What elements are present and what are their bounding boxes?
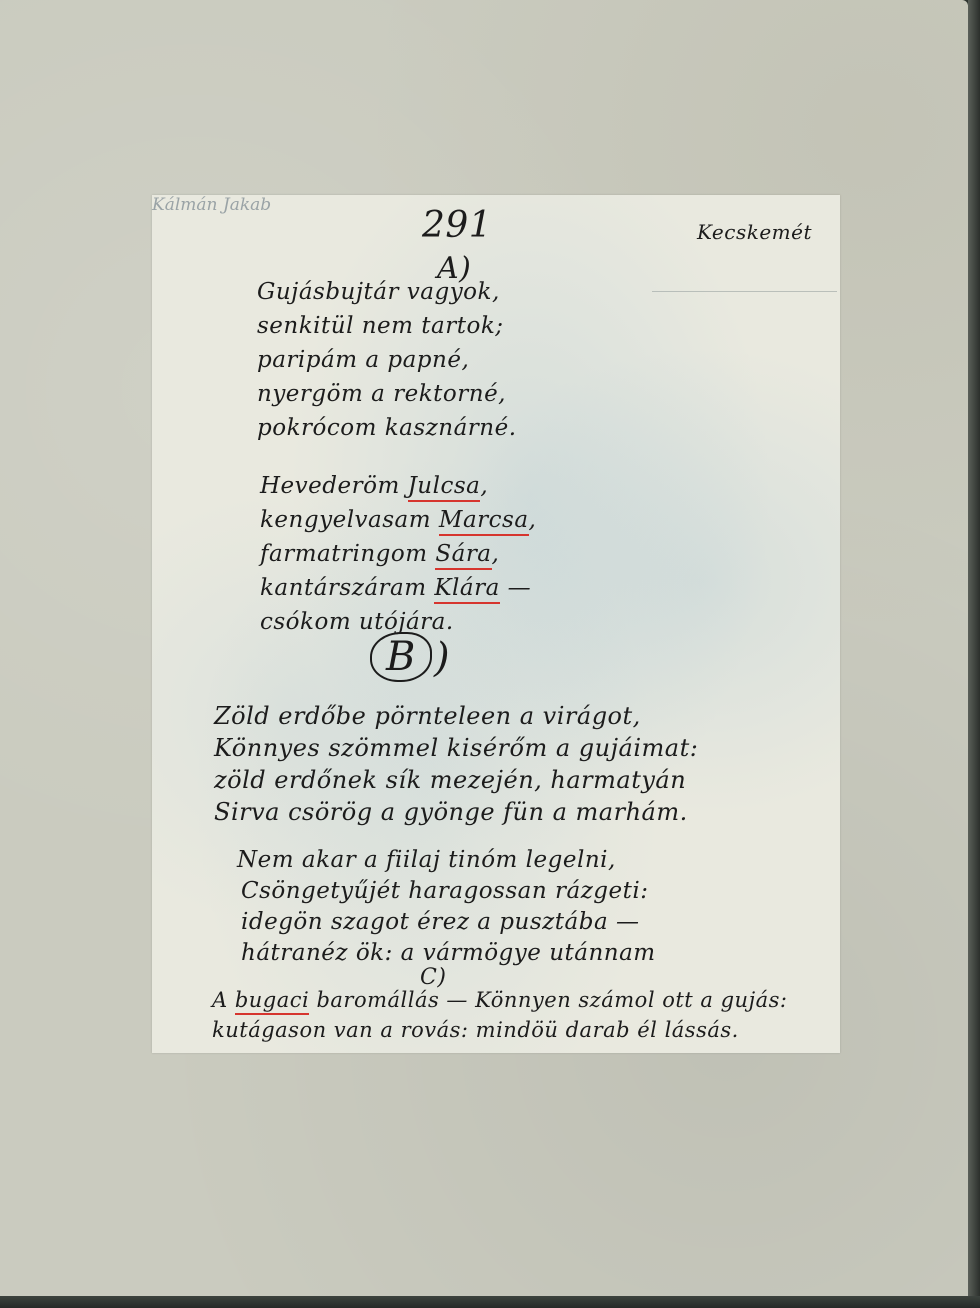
underlined-name: Klára bbox=[434, 575, 499, 604]
section-b-label: B bbox=[370, 632, 432, 682]
underlined-name: Sára bbox=[435, 541, 491, 570]
section-b-stanza-1: Zöld erdőbe pörnteleen a virágot, Könnye… bbox=[214, 700, 698, 828]
section-c-verse: A bugaci baromállás — Könnyen számol ott… bbox=[212, 985, 787, 1045]
verse-punct: , bbox=[529, 507, 537, 533]
section-b-stanza-2: Nem akar a fiilaj tinóm legelni, Csönget… bbox=[237, 845, 656, 969]
underlined-name: Julcsa bbox=[408, 473, 481, 502]
verse-line: farmatringom Sára, bbox=[260, 537, 536, 571]
verse-line: idegön szagot érez a pusztába — bbox=[237, 907, 656, 938]
verse-line: A bugaci baromállás — Könnyen számol ott… bbox=[212, 985, 787, 1015]
song-number: 291 bbox=[422, 205, 492, 246]
verse-text: baromállás — Könnyen számol ott a gujás: bbox=[309, 988, 787, 1012]
verse-line: nyergöm a rektorné, bbox=[257, 377, 517, 411]
pencil-collector-note: Kálmán Jakab bbox=[152, 195, 840, 215]
verse-line: Hevederöm Julcsa, bbox=[260, 469, 536, 503]
section-b-paren: ) bbox=[434, 635, 450, 681]
verse-line: kantárszáram Klára — bbox=[260, 571, 536, 605]
verse-punct: , bbox=[492, 541, 500, 567]
verse-text: kutágason van a rovás: mindöü darab él l… bbox=[212, 1018, 739, 1042]
verse-line: zöld erdőnek sík mezején, harmatyán bbox=[214, 764, 698, 796]
verse-text: kengyelvasam bbox=[260, 507, 439, 533]
verse-punct: , bbox=[480, 473, 488, 499]
verse-line: Csöngetyűjét haragossan rázgeti: bbox=[237, 876, 656, 907]
underlined-name: Marcsa bbox=[439, 507, 529, 536]
verse-line: senkitül nem tartok; bbox=[257, 309, 517, 343]
verse-line: Sirva csörög a gyönge fün a marhám. bbox=[214, 796, 698, 828]
scan-edge-bottom bbox=[0, 1296, 980, 1308]
underlined-place: bugaci bbox=[235, 988, 309, 1015]
verse-punct: — bbox=[500, 575, 531, 601]
verse-line: Gujásbujtár vagyok, bbox=[257, 275, 517, 309]
pencil-rule bbox=[652, 291, 837, 292]
verse-text: csókom utójára. bbox=[260, 609, 454, 635]
verse-text: farmatringom bbox=[260, 541, 435, 567]
verse-line: pokrócom kasznárné. bbox=[257, 411, 517, 445]
verse-line: kengyelvasam Marcsa, bbox=[260, 503, 536, 537]
section-a-stanza-2: Hevederöm Julcsa, kengyelvasam Marcsa, f… bbox=[260, 469, 536, 639]
verse-line: paripám a papné, bbox=[257, 343, 517, 377]
verse-text: kantárszáram bbox=[260, 575, 434, 601]
verse-text: Hevederöm bbox=[260, 473, 408, 499]
verse-line: Zöld erdőbe pörnteleen a virágot, bbox=[214, 700, 698, 732]
scan-edge-right bbox=[968, 0, 980, 1308]
verse-line: kutágason van a rovás: mindöü darab él l… bbox=[212, 1015, 787, 1045]
verse-line: Nem akar a fiilaj tinóm legelni, bbox=[237, 845, 656, 876]
section-a-stanza-1: Gujásbujtár vagyok, senkitül nem tartok;… bbox=[257, 275, 517, 445]
place-name: Kecskemét bbox=[697, 220, 812, 244]
verse-line: Könnyes szömmel kisérőm a gujáimat: bbox=[214, 732, 698, 764]
manuscript-paper: 291 Kecskemét Kálmán Jakab A) Gujásbujtá… bbox=[152, 195, 840, 1053]
verse-text: A bbox=[212, 988, 235, 1012]
